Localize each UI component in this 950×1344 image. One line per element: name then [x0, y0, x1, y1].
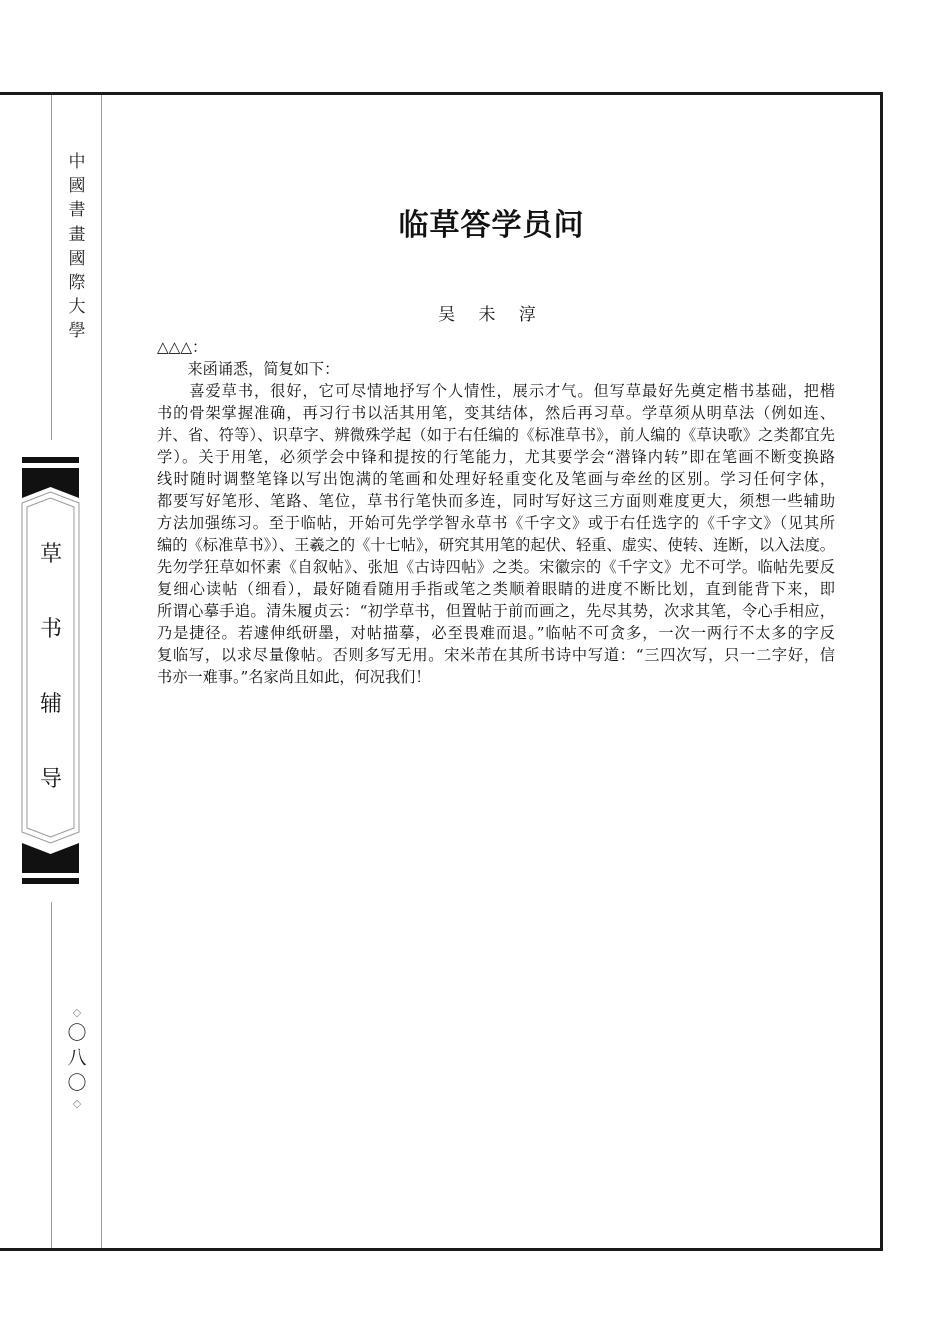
body-line: 喜爱草书，很好，它可尽情地抒写个人情性，展示才气。但写草最好先奠定楷书基础，把楷 [157, 380, 835, 402]
article-author: 吴 未 淳 [100, 300, 883, 325]
body-line: 书的骨架掌握准确，再习行书以活其用笔，变其结体，然后再习草。学草须从明草法（例如… [157, 402, 835, 424]
page-number: ◇ 〇 八 〇 ◇ [62, 1005, 92, 1112]
body-line: 学）。关于用笔，必须学会中锋和提按的行笔能力，尤其要学会“潜锋内转”即在笔画不断… [157, 446, 835, 468]
body-line: 先勿学狂草如怀素《自叙帖》、张旭《古诗四帖》之类。宋徽宗的《千字文》尤不可学。临… [157, 556, 835, 578]
body-line: 复临写，以求尽量像帖。否则多写无用。宋米芾在其所书诗中写道：“三四次写，只一二字… [157, 644, 835, 666]
body-line: 书亦一难事。”名家尚且如此，何况我们！ [157, 666, 835, 688]
article-title: 临草答学员问 [100, 200, 883, 244]
margin-rule-outer-bottom [51, 902, 52, 1248]
page-digit: 八 [62, 1046, 92, 1071]
body-line: 都要写好笔形、笔路、笔位，草书行笔快而多连，同时写好这三方面则难度更大，须想一些… [157, 490, 835, 512]
page-digit: 〇 [62, 1021, 92, 1046]
section-char: 书 [36, 615, 66, 690]
salutation: △△△： [157, 336, 835, 358]
page-frame-bottom-border [0, 1248, 883, 1251]
body-line: 编的《标准草书》）、王羲之的《十七帖》，研究其用笔的起伏、轻重、虚实、使转、连断… [157, 534, 835, 556]
sidebar-section-title: 草 书 辅 导 [36, 540, 66, 840]
body-line: 所谓心摹手追。清朱履贞云：“初学草书，但置帖于前而画之，先尽其势，次求其笔，令心… [157, 600, 835, 622]
opening-line: 来函诵悉，简复如下： [157, 358, 835, 380]
article-body: △△△： 来函诵悉，简复如下： 喜爱草书，很好，它可尽情地抒写个人情性，展示才气… [157, 336, 835, 688]
page-frame-right-border [880, 92, 883, 1251]
body-line: 线时随时调整笔锋以写出饱满的笔画和处理好轻重变化及笔画与牵丝的区别。学习任何字体… [157, 468, 835, 490]
section-char: 草 [36, 540, 66, 615]
body-line: 乃是捷径。若遽伸纸研墨，对帖描摹，必至畏难而退。”临帖不可贪多，一次一两行不太多… [157, 622, 835, 644]
diamond-icon: ◇ [62, 1096, 92, 1112]
body-line: 并、省、符等）、识草字、辨微殊学起（如于右任编的《标准草书》，前人编的《草诀歌》… [157, 424, 835, 446]
page-frame-top-border [0, 92, 883, 95]
section-char: 辅 [36, 690, 66, 765]
body-line: 复细心读帖（细看），最好随看随用手指或笔之类顺着眼睛的进度不断比划，直到能背下来… [157, 578, 835, 600]
body-line: 方法加强练习。至于临帖，开始可先学学智永草书《千字文》或于右任选字的《千字文》（… [157, 512, 835, 534]
page-digit: 〇 [62, 1071, 92, 1096]
section-char: 导 [36, 765, 66, 840]
diamond-icon: ◇ [62, 1005, 92, 1021]
